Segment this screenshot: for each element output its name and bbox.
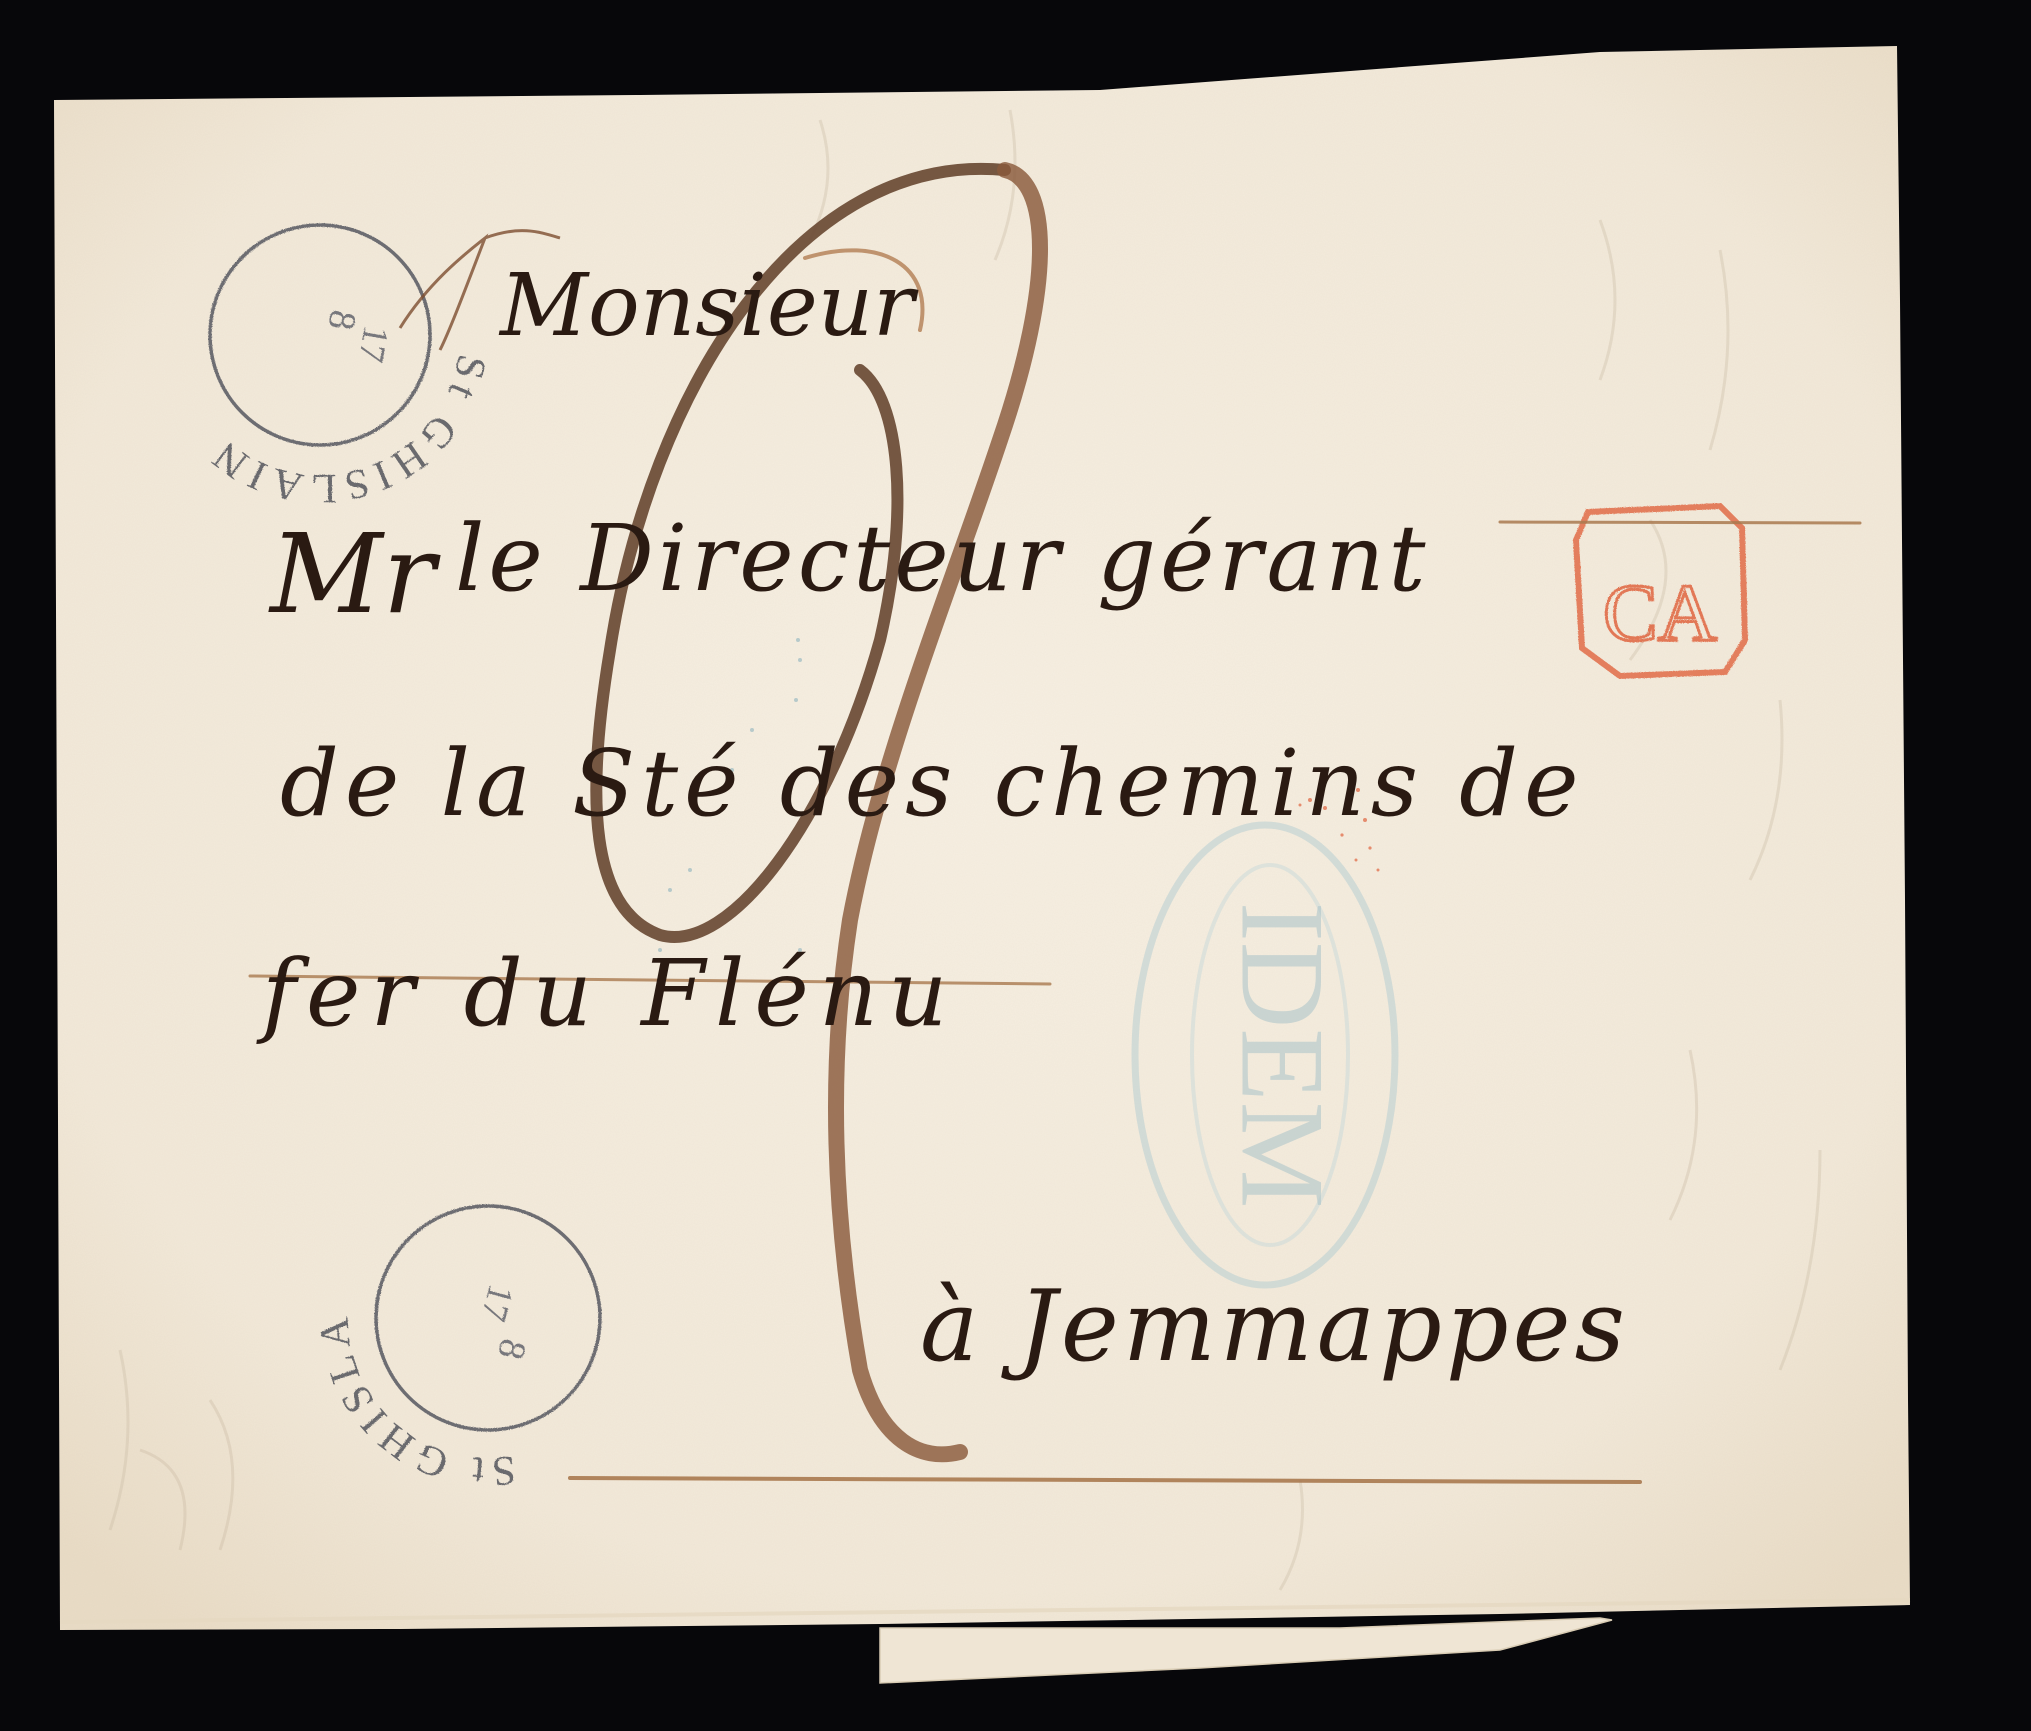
address-line-2-prefix: Mr bbox=[268, 510, 442, 638]
blue-oval-stamp-text: IDEM bbox=[1216, 902, 1349, 1209]
address-line-5: à Jemmappes bbox=[920, 1270, 1629, 1384]
postal-cover-scene: IDEM St GHISLAIN 8 17 St GHISLAIN 17 8 C… bbox=[0, 0, 2031, 1731]
address-line-1: Monsieur bbox=[498, 256, 919, 356]
address-line-2: le Directeur gérant bbox=[455, 505, 1430, 612]
paper-sheet bbox=[54, 46, 1910, 1630]
postmark-top-center-bottom: 17 bbox=[351, 323, 397, 365]
address-line-4: fer du Flénu bbox=[256, 940, 957, 1047]
red-ca-box-text: CA bbox=[1603, 567, 1717, 658]
address-line-3: de la Sté des chemins de bbox=[280, 730, 1585, 837]
